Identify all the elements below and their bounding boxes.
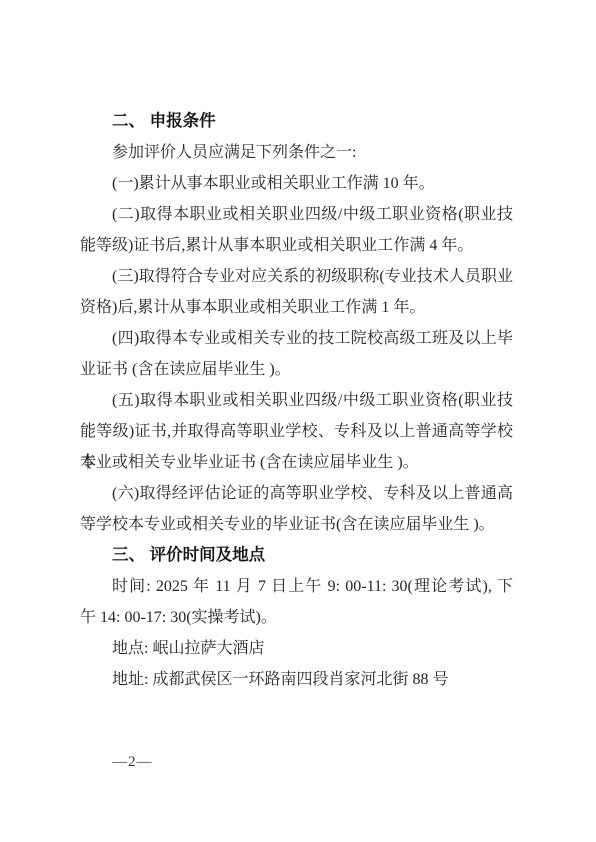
section-heading-evaluation-time-location: 三、 评价时间及地点 — [80, 540, 513, 571]
page-number: —2— — [112, 752, 153, 772]
section-heading-application-conditions: 二、 申报条件 — [80, 106, 513, 137]
doc-line-condition-5a: (五)取得本职业或相关职业四级/中级工职业资格(职业技 — [80, 385, 513, 416]
doc-line-condition-6b: 等学校本专业或相关专业的毕业证书(含在读应届毕业生 )。 — [80, 509, 513, 540]
doc-line-condition-5c: 专业或相关专业毕业证书 (含在读应届毕业生 )。 — [80, 447, 513, 478]
doc-line-condition-6a: (六)取得经评估论证的高等职业学校、专科及以上普通高 — [80, 478, 513, 509]
doc-line-condition-3a: (三)取得符合专业对应关系的初级职称(专业技术人员职业 — [80, 261, 513, 292]
document-page: 二、 申报条件 参加评价人员应满足下列条件之一: (一)累计从事本职业或相关职业… — [0, 0, 596, 842]
doc-line-condition-4a: (四)取得本专业或相关专业的技工院校高级工班及以上毕 — [80, 323, 513, 354]
doc-line-exam-time-b: 午 14: 00-17: 30(实操考试)。 — [80, 602, 513, 633]
doc-line-condition-5b: 能等级)证书,并取得高等职业学校、专科及以上普通高等学校本 — [80, 416, 513, 447]
doc-line-intro: 参加评价人员应满足下列条件之一: — [80, 137, 513, 168]
document-body: 二、 申报条件 参加评价人员应满足下列条件之一: (一)累计从事本职业或相关职业… — [80, 106, 513, 695]
doc-line-condition-2a: (二)取得本职业或相关职业四级/中级工职业资格(职业技 — [80, 199, 513, 230]
doc-line-exam-time-a: 时间: 2025 年 11 月 7 日上午 9: 00-11: 30(理论考试)… — [80, 571, 513, 602]
doc-line-condition-1: (一)累计从事本职业或相关职业工作满 10 年。 — [80, 168, 513, 199]
doc-line-condition-4b: 业证书 (含在读应届毕业生 )。 — [80, 354, 513, 385]
doc-line-venue: 地点: 岷山拉萨大酒店 — [80, 633, 513, 664]
doc-line-address: 地址: 成都武侯区一环路南四段肖家河北街 88 号 — [80, 664, 513, 695]
doc-line-condition-2b: 能等级)证书后,累计从事本职业或相关职业工作满 4 年。 — [80, 230, 513, 261]
doc-line-condition-3b: 资格)后,累计从事本职业或相关职业工作满 1 年。 — [80, 292, 513, 323]
